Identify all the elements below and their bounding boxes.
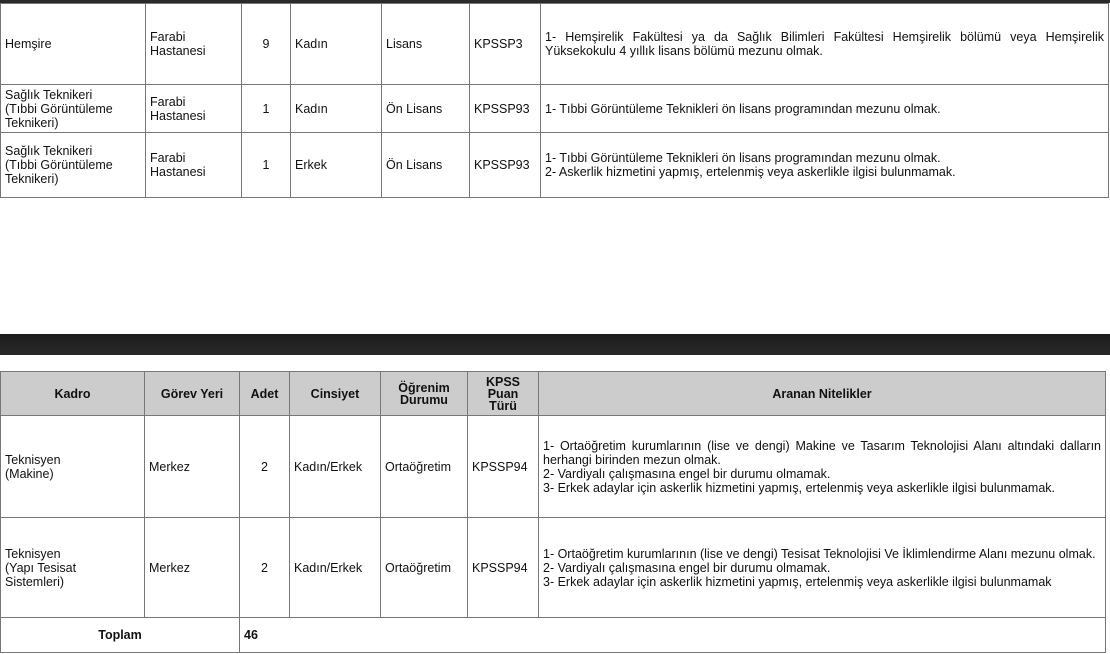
- qualification-item: 1- Tıbbi Görüntüleme Teknikleri ön lisan…: [545, 151, 1104, 165]
- aranan-nitelikler-cell: 1- Ortaöğretim kurumlarının (lise ve den…: [539, 416, 1106, 518]
- kpss-puan-turu-cell: KPSSP93: [470, 85, 541, 133]
- qualification-item: 2- Vardiyalı çalışmasına engel bir durum…: [543, 467, 1101, 481]
- cinsiyet-cell: Kadın/Erkek: [290, 416, 381, 518]
- positions-table: Kadro Görev Yeri Adet Cinsiyet Öğrenim D…: [0, 371, 1106, 653]
- aranan-nitelikler-cell: 1- Tıbbi Görüntüleme Teknikleri ön lisan…: [541, 85, 1109, 133]
- table-row: Teknisyen(Yapı TesisatSistemleri)Merkez2…: [1, 518, 1106, 618]
- aranan-nitelikler-cell: 1- Hemşirelik Fakültesi ya da Sağlık Bil…: [541, 4, 1109, 85]
- header-ogrenim-durumu: Öğrenim Durumu: [381, 372, 468, 416]
- gorev-yeri-cell: Merkez: [145, 416, 240, 518]
- total-row: Toplam 46: [1, 618, 1106, 653]
- qualification-item: 3- Erkek adaylar için askerlik hizmetini…: [543, 575, 1101, 589]
- gorev-yeri-cell: FarabiHastanesi: [146, 133, 242, 198]
- qualification-item: 1- Ortaöğretim kurumlarının (lise ve den…: [543, 439, 1101, 467]
- kadro-cell: Hemşire: [1, 4, 146, 85]
- gorev-yeri-cell: FarabiHastanesi: [146, 4, 242, 85]
- qualification-item: 1- Hemşirelik Fakültesi ya da Sağlık Bil…: [545, 30, 1104, 58]
- header-adet: Adet: [240, 372, 290, 416]
- kpss-puan-turu-cell: KPSSP3: [470, 4, 541, 85]
- qualification-item: 2- Askerlik hizmetini yapmış, ertelenmiş…: [545, 165, 1104, 179]
- qualification-item: 3- Erkek adaylar için askerlik hizmetini…: [543, 481, 1101, 495]
- kpss-puan-turu-cell: KPSSP94: [468, 416, 539, 518]
- ogrenim-durumu-cell: Ortaöğretim: [381, 416, 468, 518]
- kadro-cell: Teknisyen(Makine): [1, 416, 145, 518]
- header-cinsiyet: Cinsiyet: [290, 372, 381, 416]
- kpss-puan-turu-cell: KPSSP93: [470, 133, 541, 198]
- table-row: Sağlık Teknikeri(Tıbbi GörüntülemeTeknik…: [1, 85, 1109, 133]
- table-header-row: Kadro Görev Yeri Adet Cinsiyet Öğrenim D…: [1, 372, 1106, 416]
- header-kpss-puan-turu: KPSS Puan Türü: [468, 372, 539, 416]
- cinsiyet-cell: Kadın: [291, 85, 382, 133]
- table-row: Sağlık Teknikeri(Tıbbi GörüntülemeTeknik…: [1, 133, 1109, 198]
- qualification-item: 1- Ortaöğretim kurumlarının (lise ve den…: [543, 547, 1101, 561]
- total-value: 46: [240, 618, 1106, 653]
- cinsiyet-cell: Kadın/Erkek: [290, 518, 381, 618]
- adet-cell: 2: [240, 518, 290, 618]
- table-row: Teknisyen(Makine)Merkez2Kadın/ErkekOrtaö…: [1, 416, 1106, 518]
- kpss-puan-turu-cell: KPSSP94: [468, 518, 539, 618]
- ogrenim-durumu-cell: Ön Lisans: [382, 85, 470, 133]
- table-row: HemşireFarabiHastanesi9KadınLisansKPSSP3…: [1, 4, 1109, 85]
- aranan-nitelikler-cell: 1- Ortaöğretim kurumlarının (lise ve den…: [539, 518, 1106, 618]
- kadro-cell: Teknisyen(Yapı TesisatSistemleri): [1, 518, 145, 618]
- adet-cell: 1: [242, 85, 291, 133]
- cinsiyet-cell: Kadın: [291, 4, 382, 85]
- adet-cell: 2: [240, 416, 290, 518]
- section-divider-band: [0, 334, 1110, 355]
- ogrenim-durumu-cell: Ortaöğretim: [381, 518, 468, 618]
- qualification-item: 1- Tıbbi Görüntüleme Teknikleri ön lisan…: [545, 102, 1104, 116]
- kadro-cell: Sağlık Teknikeri(Tıbbi GörüntülemeTeknik…: [1, 85, 146, 133]
- qualification-item: 2- Vardiyalı çalışmasına engel bir durum…: [543, 561, 1101, 575]
- positions-table-continued: HemşireFarabiHastanesi9KadınLisansKPSSP3…: [0, 3, 1109, 198]
- header-kadro: Kadro: [1, 372, 145, 416]
- adet-cell: 1: [242, 133, 291, 198]
- cinsiyet-cell: Erkek: [291, 133, 382, 198]
- gorev-yeri-cell: FarabiHastanesi: [146, 85, 242, 133]
- kadro-cell: Sağlık Teknikeri(Tıbbi GörüntülemeTeknik…: [1, 133, 146, 198]
- total-label: Toplam: [1, 618, 240, 653]
- gorev-yeri-cell: Merkez: [145, 518, 240, 618]
- ogrenim-durumu-cell: Lisans: [382, 4, 470, 85]
- aranan-nitelikler-cell: 1- Tıbbi Görüntüleme Teknikleri ön lisan…: [541, 133, 1109, 198]
- adet-cell: 9: [242, 4, 291, 85]
- header-aranan-nitelikler: Aranan Nitelikler: [539, 372, 1106, 416]
- header-gorev-yeri: Görev Yeri: [145, 372, 240, 416]
- ogrenim-durumu-cell: Ön Lisans: [382, 133, 470, 198]
